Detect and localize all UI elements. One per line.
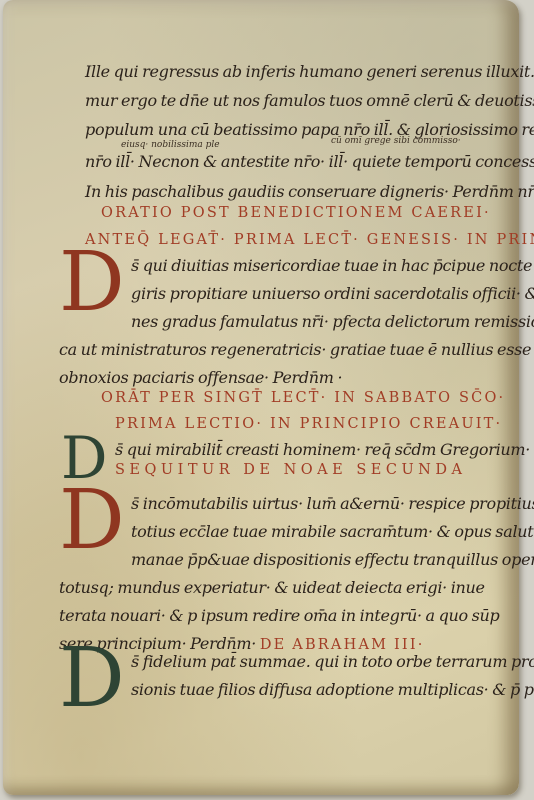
illuminated-initial-d: D bbox=[59, 650, 121, 708]
manuscript-line: s̄ qui diuitias misericordiae tuae in ha… bbox=[59, 252, 511, 280]
rubric-heading: ANTEQ̄ LEGAT̄· PRIMA LECT̄· GENESIS· IN … bbox=[85, 232, 534, 248]
manuscript-line: terata nouari· & p ipsum redire om̄a in … bbox=[59, 602, 511, 630]
manuscript-line: nes gradus famulatus nr̄i· pfecta delict… bbox=[59, 308, 511, 336]
manuscript-line: In his paschalibus gaudiis conseruare di… bbox=[85, 182, 534, 201]
manuscript-line: obnoxios paciaris offensae· Perdn̄m · bbox=[59, 364, 511, 392]
manuscript-line: totusq; mundus experiatur· & uideat deie… bbox=[59, 574, 511, 602]
manuscript-line: populum una cū beatissimo papa nr̄o ill̄… bbox=[85, 120, 534, 139]
manuscript-line: Ille qui regressus ab inferis humano gen… bbox=[85, 62, 534, 81]
rubric-heading: ORATIO POST BENEDICTIONEM CAEREI· bbox=[101, 205, 491, 221]
illuminated-initial-d: D bbox=[59, 254, 121, 312]
manuscript-line: sionis tuae filios diffusa adoptione mul… bbox=[59, 676, 511, 704]
interlinear-gloss: cū omī grege sibi commisso· bbox=[331, 136, 461, 146]
manuscript-line: nr̄o ill̄· Necnon & antestite nr̄o· ill̄… bbox=[85, 152, 534, 171]
interlinear-gloss: eiusq· nobilissima ple bbox=[121, 140, 220, 150]
manuscript-line: manae p̄p&uae dispositionis effectu tran… bbox=[59, 546, 511, 574]
manuscript-line: mur ergo te dn̄e ut nos famulos tuos omn… bbox=[85, 91, 534, 110]
parchment-page: Ille qui regressus ab inferis humano gen… bbox=[3, 0, 519, 795]
manuscript-line: giris propitiare uniuerso ordini sacerdo… bbox=[59, 280, 511, 308]
rubric-heading: SEQUITUR DE NOAE SECUNDA bbox=[115, 462, 466, 478]
prayer-paragraph: D s̄ qui diuitias misericordiae tuae in … bbox=[59, 252, 511, 392]
manuscript-line: ca ut ministraturos regeneratricis· grat… bbox=[59, 336, 511, 364]
illuminated-initial-d: D bbox=[61, 438, 105, 478]
manuscript-photo: Ille qui regressus ab inferis humano gen… bbox=[0, 0, 534, 800]
illuminated-initial-d: D bbox=[59, 492, 121, 550]
manuscript-line: totius ecc̄lae tuae mirabile sacram̄tum·… bbox=[59, 518, 511, 546]
prayer-paragraph: D s̄ fidelium pat̄ summae. qui in toto o… bbox=[59, 648, 511, 708]
manuscript-line: s̄ incōmutabilis uirtus· lum̄ a&ernū· re… bbox=[59, 490, 511, 518]
prayer-paragraph: D s̄ incōmutabilis uirtus· lum̄ a&ernū· … bbox=[59, 490, 511, 658]
rubric-heading: ORĀT PER SINGT̄ LECT̄· IN SABBATO SC̄O· bbox=[101, 390, 505, 406]
manuscript-line: s̄ fidelium pat̄ summae. qui in toto orb… bbox=[59, 648, 511, 676]
manuscript-line: s̄ qui mirabilit̄ creasti hominem· req̄ … bbox=[61, 436, 511, 464]
rubric-heading: PRIMA LECTIO· IN PRINCIPIO CREAUIT· bbox=[115, 416, 502, 432]
